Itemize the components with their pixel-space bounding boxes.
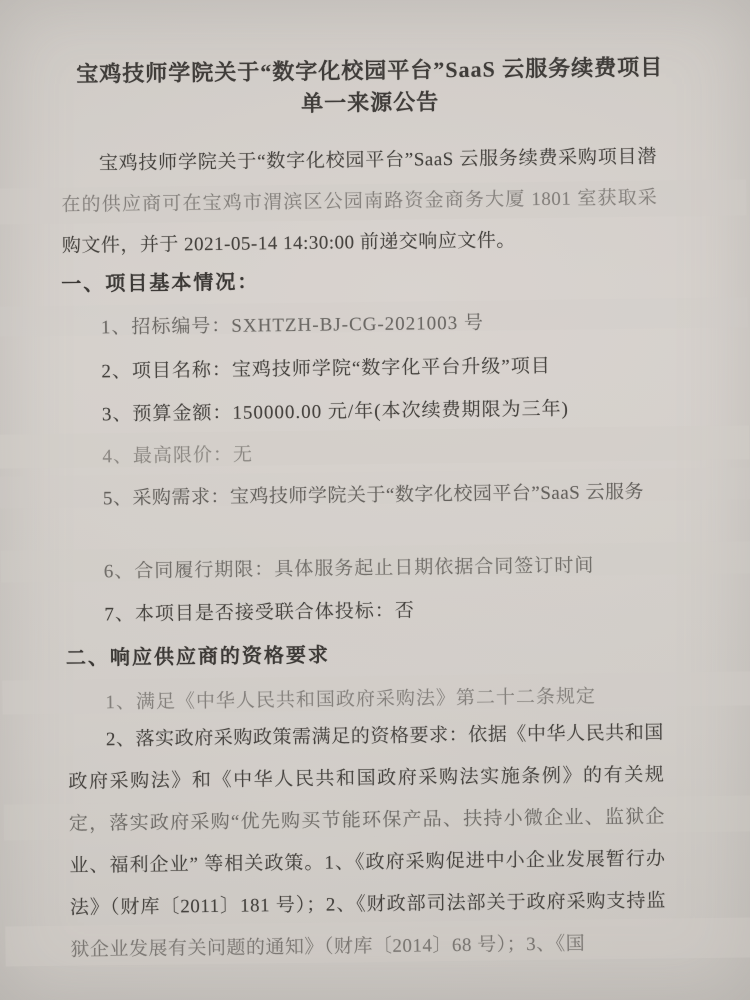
section-1-item-consortium-bid: 7、本项目是否接受联合体投标：否 [66,588,666,635]
section-1-item-project-name: 2、项目名称：宝鸡技师学院“数字化平台升级”项目 [63,345,663,392]
section-2-item-policy-requirement: 2、落实政府采购政策需满足的资格要求：依据《中华人民共和国政府采购法》和《中华人… [68,712,667,971]
document-content: 宝鸡技师学院关于“数字化校园平台”SaaS 云服务续费项目 单一来源公告 宝鸡技… [0,0,750,1000]
intro-paragraph: 宝鸡技师学院关于“数字化校园平台”SaaS 云服务续费采购项目潜在的供应商可在宝… [61,137,658,267]
section-2-heading: 二、响应供应商的资格要求 [66,639,330,671]
section-1-heading: 一、项目基本情况： [61,265,259,296]
section-1-item-max-price: 4、最高限价：无 [64,430,664,477]
document-title: 宝鸡技师学院关于“数字化校园平台”SaaS 云服务续费项目 单一来源公告 [0,50,745,123]
section-1-item-bid-number: 1、招标编号：SXHTZH-BJ-CG-2021003 号 [63,301,663,348]
section-1-item-procurement-demand: 5、采购需求：宝鸡技师学院关于“数字化校园平台”SaaS 云服务 [65,472,665,519]
section-1-item-contract-period: 6、合同履行期限：具体服务起止日期依据合同签订时间 [66,545,666,592]
document-page: 宝鸡技师学院关于“数字化校园平台”SaaS 云服务续费项目 单一来源公告 宝鸡技… [0,0,750,1000]
section-1-item-budget: 3、预算金额：150000.00 元/年(本次续费期限为三年) [64,388,664,435]
